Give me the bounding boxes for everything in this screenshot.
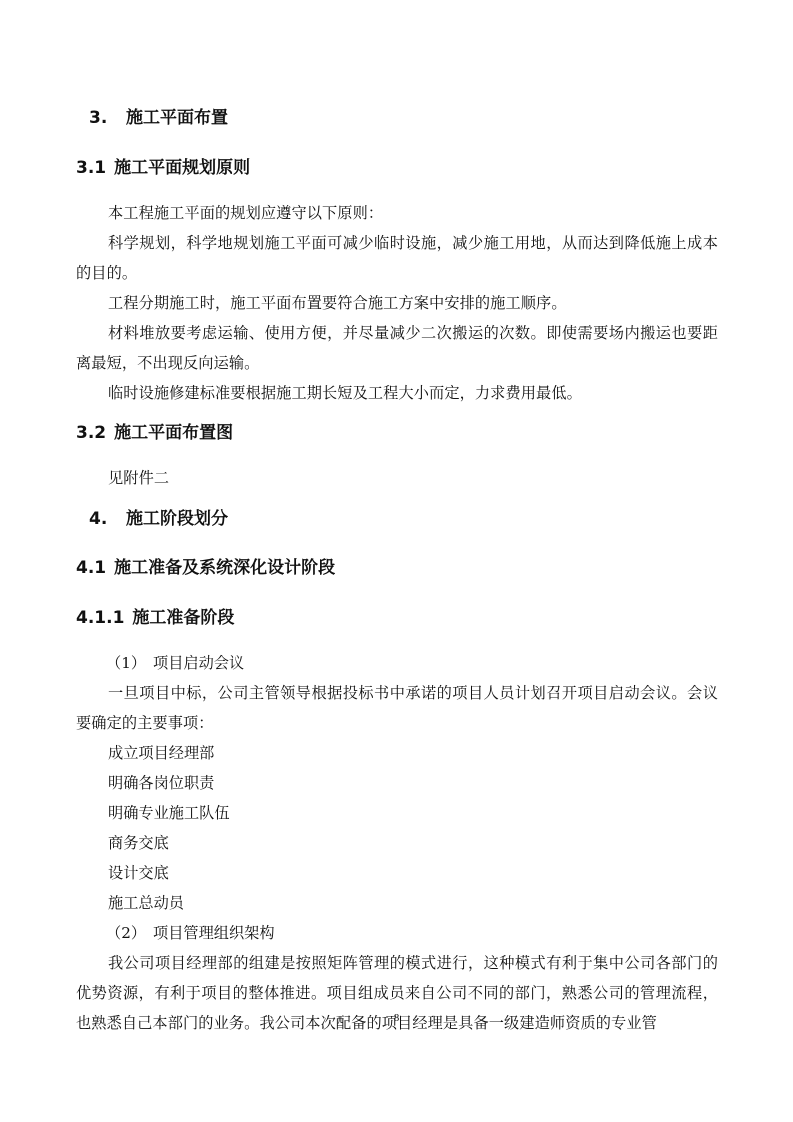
list-item: 明确专业施工队伍	[108, 798, 230, 828]
heading-section-3: 3.施工平面布置	[89, 103, 228, 128]
heading-title: 施工平面规划原则	[114, 158, 250, 178]
paragraph: 材料堆放要考虑运输、使用方便，并尽量减少二次搬运的次数。即使需要场内搬运也要距离…	[76, 318, 718, 378]
heading-section-4-1: 4.1施工准备及系统深化设计阶段	[76, 553, 335, 578]
paragraph: 科学规划，科学地规划施工平面可减少临时设施，减少施工用地，从而达到降低施上成本的…	[76, 228, 718, 288]
heading-number: 3.2	[76, 423, 106, 443]
paragraph: 本工程施工平面的规划应遵守以下原则：	[76, 198, 718, 228]
item-number: （2）	[106, 918, 153, 948]
list-item: 施工总动员	[108, 888, 184, 918]
heading-title: 施工准备及系统深化设计阶段	[114, 558, 335, 578]
heading-title: 施工平面布置图	[114, 423, 233, 443]
list-item: 设计交底	[108, 858, 169, 888]
list-item: 成立项目经理部	[108, 738, 214, 768]
paragraph: 一旦项目中标，公司主管领导根据投标书中承诺的项目人员计划召开项目启动会议。会议要…	[76, 678, 718, 738]
heading-title: 施工平面布置	[126, 108, 228, 128]
item-number: （1）	[106, 648, 153, 678]
page-number: 8	[0, 1012, 793, 1024]
heading-number: 4.1	[76, 558, 106, 578]
paragraph: 工程分期施工时，施工平面布置要符合施工方案中安排的施工顺序。	[76, 288, 718, 318]
subheading-item-2: （2）项目管理组织架构	[106, 918, 275, 948]
heading-section-4-1-1: 4.1.1施工准备阶段	[76, 603, 234, 628]
item-title: 项目管理组织架构	[153, 924, 275, 942]
paragraph: 我公司项目经理部的组建是按照矩阵管理的模式进行，这种模式有利于集中公司各部门的优…	[76, 948, 718, 1038]
heading-section-4: 4.施工阶段划分	[89, 504, 228, 529]
list-item: 商务交底	[108, 828, 169, 858]
list-item: 明确各岗位职责	[108, 768, 214, 798]
heading-number: 4.	[89, 509, 126, 529]
heading-section-3-1: 3.1施工平面规划原则	[76, 153, 250, 178]
subheading-item-1: （1）项目启动会议	[106, 648, 244, 678]
paragraph: 见附件二	[76, 463, 718, 493]
heading-number: 3.1	[76, 158, 106, 178]
paragraph: 临时设施修建标准要根据施工期长短及工程大小而定，力求费用最低。	[76, 378, 718, 408]
heading-number: 4.1.1	[76, 608, 124, 628]
heading-section-3-2: 3.2施工平面布置图	[76, 418, 233, 443]
heading-number: 3.	[89, 108, 126, 128]
heading-title: 施工准备阶段	[132, 608, 234, 628]
item-title: 项目启动会议	[153, 654, 244, 672]
heading-title: 施工阶段划分	[126, 509, 228, 529]
